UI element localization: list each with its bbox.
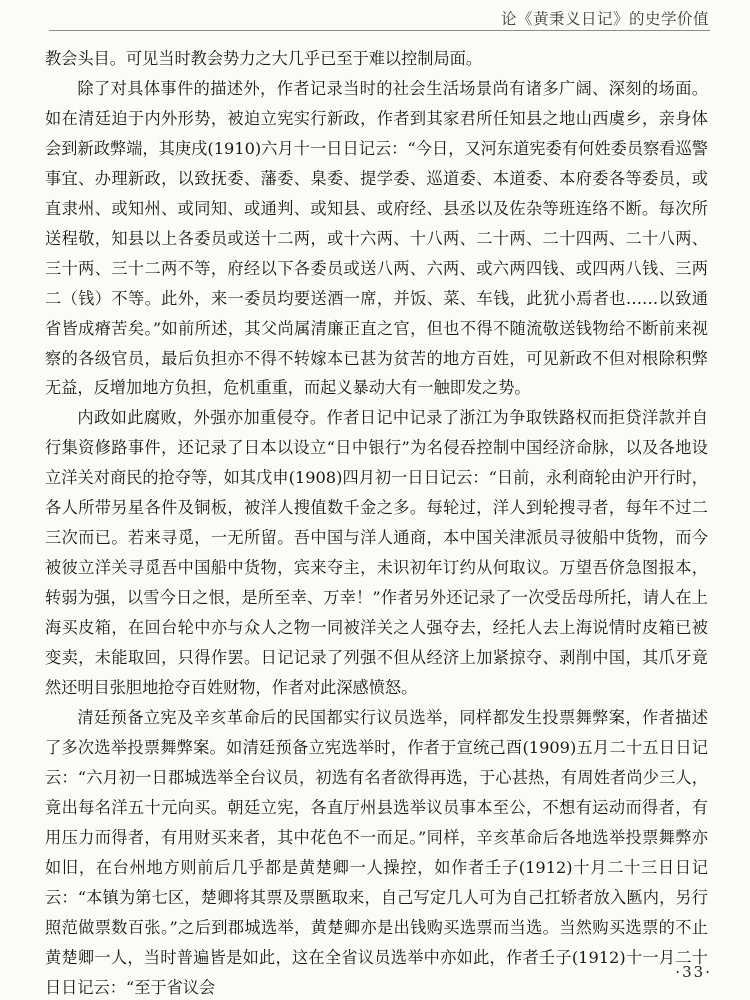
body-paragraph: 内政如此腐败，外强亦加重侵夺。作者日记中记录了浙江为争取铁路权而拒贷洋款并自行集…	[45, 403, 708, 703]
header-rule	[49, 30, 710, 31]
article-body: 教会头目。可见当时教会势力之大几乎已至于难以控制局面。 除了对具体事件的描述外，…	[45, 44, 708, 1000]
body-paragraph: 教会头目。可见当时教会势力之大几乎已至于难以控制局面。	[45, 44, 708, 74]
running-header: 论《黄秉义日记》的史学价值	[49, 7, 709, 29]
body-paragraph: 清廷预备立宪及辛亥革命后的民国都实行议员选举，同样都发生投票舞弊案，作者描述了多…	[45, 703, 708, 1000]
running-header-title: 论《黄秉义日记》的史学价值	[501, 10, 709, 28]
body-paragraph: 除了对具体事件的描述外，作者记录当时的社会生活场景尚有诸多广阔、深刻的场面。如在…	[45, 74, 708, 403]
document-page: 论《黄秉义日记》的史学价值 教会头目。可见当时教会势力之大几乎已至于难以控制局面…	[0, 0, 750, 1000]
page-number: ·33·	[675, 963, 712, 981]
